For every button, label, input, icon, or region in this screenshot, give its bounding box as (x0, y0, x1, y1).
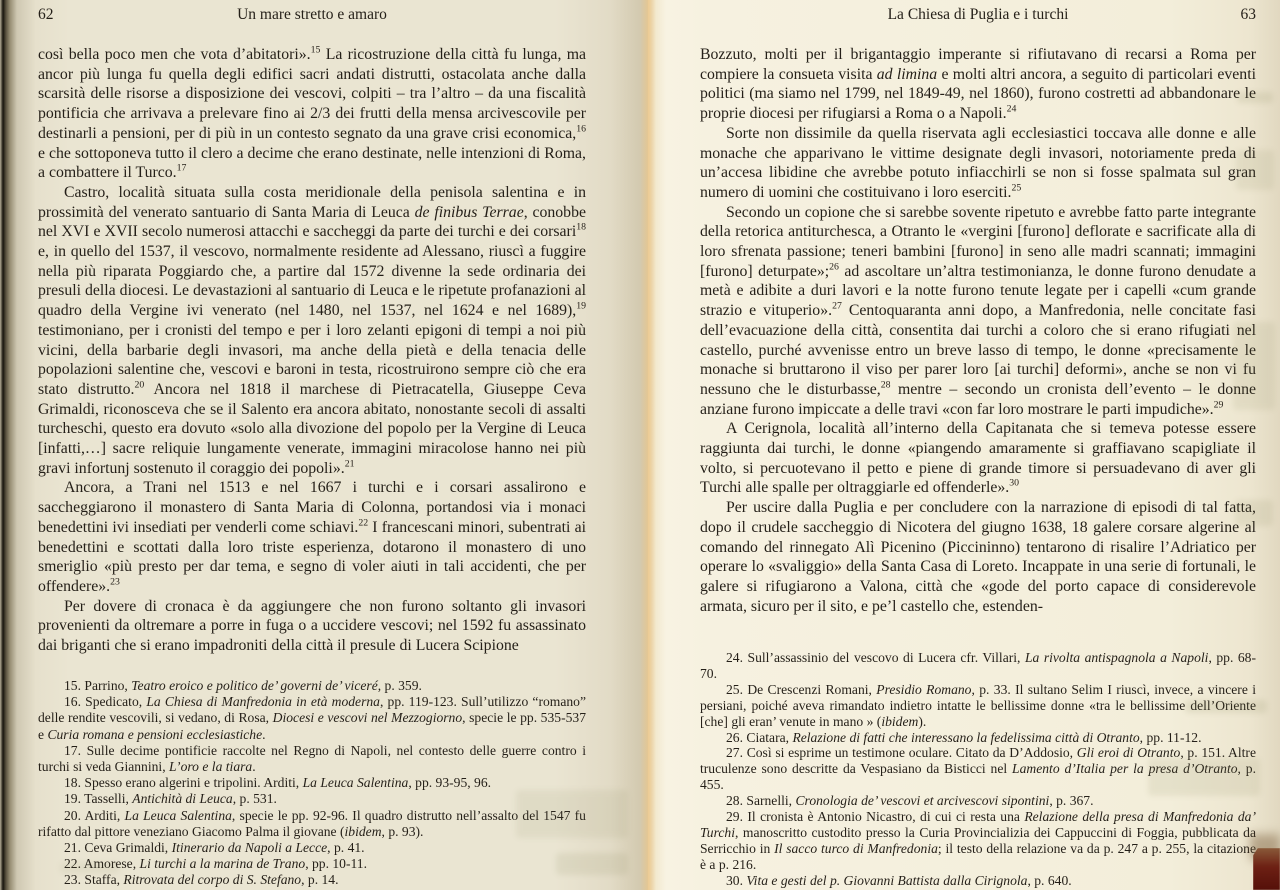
text-run: A Cerignola, località all’interno della … (700, 420, 1256, 496)
footnote: 21. Ceva Grimaldi, Itinerario da Napoli … (38, 840, 586, 856)
footnote-reference: 15 (311, 45, 321, 56)
text-run: Per dovere di cronaca è da aggiungere ch… (38, 598, 586, 654)
page-number-right: 63 (1241, 6, 1257, 24)
italic-text-run: Lamento d’Italia per la presa d’Otranto (1012, 761, 1238, 776)
italic-text-run: Vita e gesti del p. Giovanni Battista da… (746, 873, 1027, 888)
footnote: 23. Staffa, Ritrovata del corpo di S. St… (38, 872, 586, 888)
footnote: 30. Vita e gesti del p. Giovanni Battist… (700, 873, 1256, 889)
footnote: 19. Tasselli, Antichità di Leuca, p. 531… (38, 791, 586, 807)
page-left-column: 62 Un mare stretto e amaro così bella po… (38, 6, 586, 656)
paragraph: Sorte non dissimile da quella riservata … (700, 124, 1256, 203)
text-run: 28. Sarnelli, (726, 793, 795, 808)
text-run: 27. Così si esprime un testimone oculare… (726, 745, 1077, 760)
paragraph: A Cerignola, località all’interno della … (700, 419, 1256, 498)
footnote: 22. Amorese, Li turchi a la marina de Tr… (38, 856, 586, 872)
text-run: , p. 93). (382, 824, 424, 839)
paragraph: Bozzuto, molti per il brigantaggio imper… (700, 45, 1256, 124)
footnote-reference: 23 (110, 577, 120, 588)
text-run: 25. De Crescenzi Romani, (726, 682, 876, 697)
italic-text-run: Li turchi a la marina de Trano (140, 856, 306, 871)
italic-text-run: Itinerario da Napoli a Lecce (172, 840, 328, 855)
footnote-reference: 29 (1214, 399, 1224, 410)
running-head-right: La Chiesa di Puglia e i turchi (888, 6, 1069, 24)
italic-text-run: La rivolta antispagnola a Napoli (1025, 650, 1208, 665)
footnotes-right: 24. Sull’assassinio del vescovo di Lucer… (700, 650, 1256, 889)
page-body-right: Bozzuto, molti per il brigantaggio imper… (700, 45, 1256, 616)
footnote-reference: 26 (829, 261, 839, 272)
text-run: 21. Ceva Grimaldi, (64, 840, 172, 855)
italic-text-run: ibidem (881, 714, 918, 729)
book-spread: 62 Un mare stretto e amaro così bella po… (0, 0, 1280, 890)
paragraph: Castro, località situata sulla costa mer… (38, 183, 586, 479)
page-left: 62 Un mare stretto e amaro così bella po… (0, 0, 648, 890)
paragraph: Per uscire dalla Puglia e per concludere… (700, 498, 1256, 616)
italic-text-run: Curia romana e pensioni ecclesiastiche (47, 727, 262, 742)
text-run: e che sottoponeva tutto il clero a decim… (38, 145, 586, 182)
page-right-column: La Chiesa di Puglia e i turchi 63 Bozzut… (700, 6, 1256, 616)
text-run: , pp. 10-11. (305, 856, 367, 871)
footnote-reference: 22 (358, 518, 368, 529)
text-run: 22. Amorese, (64, 856, 140, 871)
text-run: . (252, 759, 255, 774)
page-right-header: La Chiesa di Puglia e i turchi 63 (700, 6, 1256, 24)
footnote-reference: 20 (135, 380, 145, 391)
text-run: 23. Staffa, (64, 872, 123, 887)
italic-text-run: Relazione di fatti che interessano la fe… (792, 730, 1139, 745)
running-head-left: Un mare stretto e amaro (237, 6, 387, 24)
text-run: 15. Parrino, (64, 678, 131, 693)
italic-text-run: La Chiesa di Manfredonia in età moderna (146, 694, 380, 709)
text-run: , p. 640. (1027, 873, 1071, 888)
footnote: 26. Ciatara, Relazione di fatti che inte… (700, 730, 1256, 746)
footnote-reference: 25 (1011, 183, 1021, 194)
text-run: 30. (726, 873, 746, 888)
text-run: , pp. 93-95, 96. (408, 775, 491, 790)
italic-text-run: L’oro e la tiara (169, 759, 252, 774)
footnote-reference: 17 (177, 163, 187, 174)
paragraph: Secondo un copione che si sarebbe sovent… (700, 203, 1256, 420)
footnote: 18. Spesso erano algerini e tripolini. A… (38, 775, 586, 791)
footnote: 20. Arditi, La Leuca Salentina, specie l… (38, 808, 586, 840)
text-run: ). (918, 714, 926, 729)
text-run: Per uscire dalla Puglia e per concludere… (700, 499, 1256, 615)
paragraph: Ancora, a Trani nel 1513 e nel 1667 i tu… (38, 478, 586, 596)
text-run: 16. Spedicato, (64, 694, 146, 709)
paragraph: Per dovere di cronaca è da aggiungere ch… (38, 597, 586, 656)
text-run: , p. 367. (1049, 793, 1093, 808)
text-run: , p. 359. (378, 678, 422, 693)
footnote-reference: 19 (576, 301, 586, 312)
footnote: 27. Così si esprime un testimone oculare… (700, 745, 1256, 793)
footnote: 17. Sulle decime pontificie raccolte nel… (38, 743, 586, 775)
italic-text-run: de finibus Terrae (415, 204, 524, 221)
page-left-header: 62 Un mare stretto e amaro (38, 6, 586, 24)
text-run: . (262, 727, 265, 742)
footnote-reference: 18 (576, 222, 586, 233)
footnote-reference: 28 (881, 380, 891, 391)
italic-text-run: Ritrovata del corpo di S. Stefano (123, 872, 301, 887)
page-number-left: 62 (38, 6, 54, 24)
italic-text-run: La Leuca Salentina (303, 775, 409, 790)
italic-text-run: Antichità di Leuca (132, 791, 232, 806)
italic-text-run: Gli eroi di Otranto (1077, 745, 1181, 760)
text-run: 24. Sull’assassinio del vescovo di Lucer… (726, 650, 1025, 665)
text-run: 20. Arditi, (64, 808, 125, 823)
page-right: La Chiesa di Puglia e i turchi 63 Bozzut… (648, 0, 1280, 890)
text-run: , p. 531. (233, 791, 277, 806)
footnote: 24. Sull’assassinio del vescovo di Lucer… (700, 650, 1256, 682)
paragraph: così bella poco men che vota d’abitatori… (38, 45, 586, 183)
italic-text-run: ibidem (345, 824, 382, 839)
text-run: , p. 14. (301, 872, 338, 887)
text-run: così bella poco men che vota d’abitatori… (38, 46, 311, 63)
footnotes-left: 15. Parrino, Teatro eroico e politico de… (38, 678, 586, 889)
italic-text-run: Diocesi e vescovi nel Mezzogiorno (273, 710, 463, 725)
footnote-reference: 24 (1007, 104, 1017, 115)
italic-text-run: Il sacco turco di Manfredonia (774, 841, 938, 856)
italic-text-run: La Leuca Salentina (125, 808, 232, 823)
book-cover-corner (1253, 848, 1280, 890)
text-run: Sorte non dissimile da quella riservata … (700, 125, 1256, 201)
footnote-reference: 16 (576, 124, 586, 135)
footnote: 28. Sarnelli, Cronologia de’ vescovi et … (700, 793, 1256, 809)
text-run: 26. Ciatara, (726, 730, 792, 745)
text-run: 19. Tasselli, (64, 791, 132, 806)
footnote: 15. Parrino, Teatro eroico e politico de… (38, 678, 586, 694)
footnote-reference: 30 (1009, 478, 1019, 489)
footnote: 16. Spedicato, La Chiesa di Manfredonia … (38, 694, 586, 743)
text-run: , p. 41. (327, 840, 364, 855)
text-run: 18. Spesso erano algerini e tripolini. A… (64, 775, 303, 790)
text-run: 17. Sulle decime pontificie raccolte nel… (38, 743, 586, 774)
italic-text-run: Teatro eroico e politico de’ governi de’… (131, 678, 378, 693)
footnote-reference: 27 (832, 301, 842, 312)
footnote-reference: 21 (345, 459, 355, 470)
italic-text-run: ad limina (877, 66, 937, 83)
page-body-left: così bella poco men che vota d’abitatori… (38, 45, 586, 656)
footnote: 25. De Crescenzi Romani, Presidio Romano… (700, 682, 1256, 730)
italic-text-run: Presidio Romano (876, 682, 971, 697)
text-run: 29. Il cronista è Antonio Nicastro, di c… (726, 809, 1024, 824)
footnote: 29. Il cronista è Antonio Nicastro, di c… (700, 809, 1256, 873)
text-run: e, in quello del 1537, il vescovo, norma… (38, 243, 586, 319)
italic-text-run: Cronologia de’ vescovi et arcivescovi si… (795, 793, 1049, 808)
text-run: , pp. 11-12. (1140, 730, 1202, 745)
